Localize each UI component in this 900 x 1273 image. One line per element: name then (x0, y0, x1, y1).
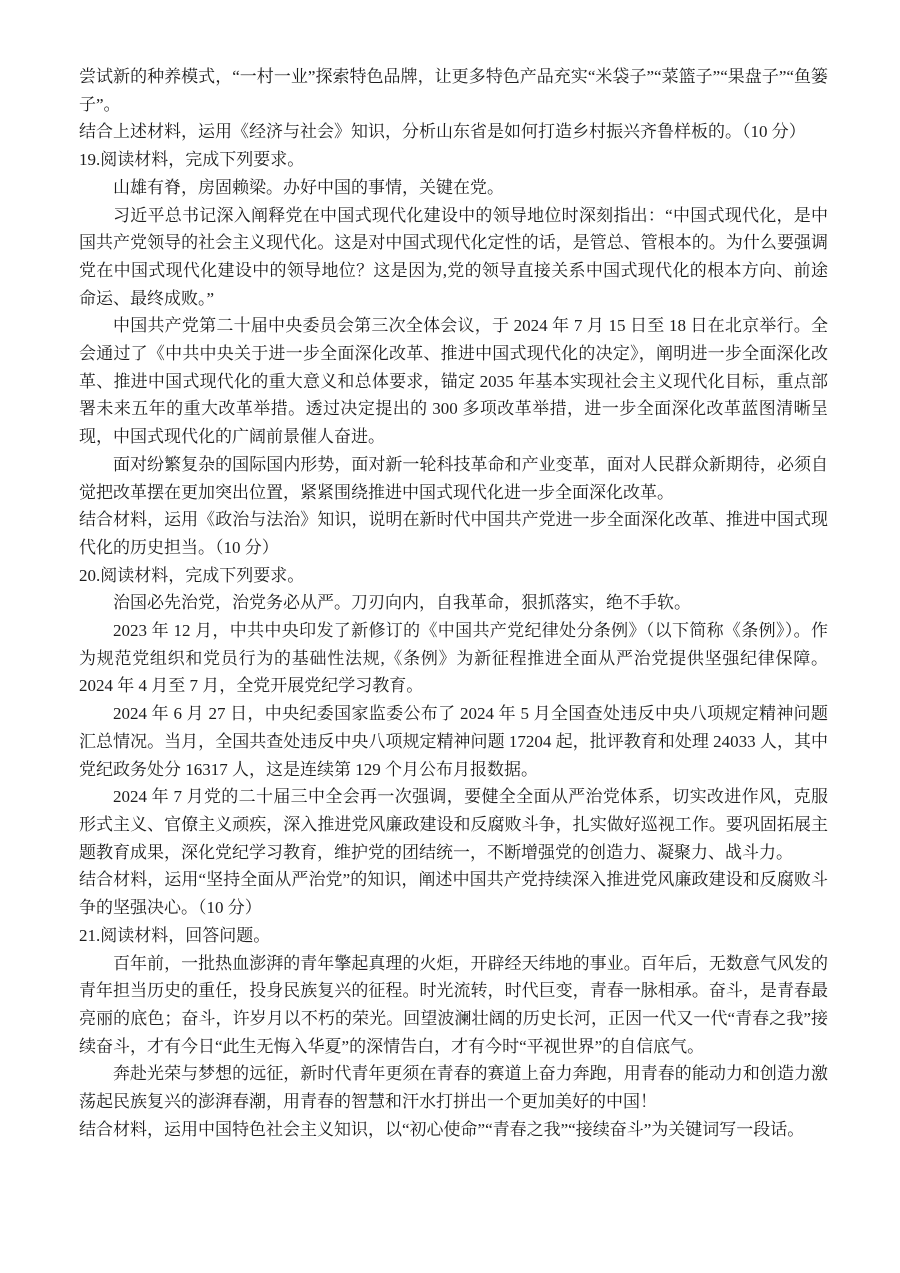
question-heading: 19.阅读材料，完成下列要求。 (79, 146, 828, 174)
question-heading: 21.阅读材料，回答问题。 (79, 922, 828, 950)
material-paragraph: 中国共产党第二十届中央委员会第三次全体会议，于 2024 年 7 月 15 日至… (79, 312, 828, 451)
material-paragraph: 2024 年 6 月 27 日，中央纪委国家监委公布了 2024 年 5 月全国… (79, 700, 828, 783)
material-paragraph: 治国必先治党，治党务必从严。刀刃向内，自我革命，狠抓落实，绝不手软。 (79, 589, 828, 617)
question-prompt: 结合材料，运用“坚持全面从严治党”的知识，阐述中国共产党持续深入推进党风廉政建设… (79, 866, 828, 921)
material-paragraph-continued: 尝试新的种养模式，“一村一业”探索特色品牌，让更多特色产品充实“米袋子”“菜篮子… (79, 63, 828, 118)
material-paragraph: 习近平总书记深入阐释党在中国式现代化建设中的领导地位时深刻指出：“中国式现代化，… (79, 202, 828, 313)
material-paragraph: 2023 年 12 月，中共中央印发了新修订的《中国共产党纪律处分条例》（以下简… (79, 617, 828, 700)
material-paragraph: 山雄有脊，房固赖梁。办好中国的事情，关键在党。 (79, 174, 828, 202)
question-prompt: 结合材料，运用《政治与法治》知识，说明在新时代中国共产党进一步全面深化改革、推进… (79, 506, 828, 561)
exam-page-text-column: 尝试新的种养模式，“一村一业”探索特色品牌，让更多特色产品充实“米袋子”“菜篮子… (79, 63, 828, 1143)
material-paragraph: 百年前，一批热血澎湃的青年擎起真理的火炬，开辟经天纬地的事业。百年后，无数意气风… (79, 950, 828, 1061)
exam-paper-page: 尝试新的种养模式，“一村一业”探索特色品牌，让更多特色产品充实“米袋子”“菜篮子… (0, 0, 900, 1273)
question-heading: 20.阅读材料，完成下列要求。 (79, 562, 828, 590)
material-paragraph: 面对纷繁复杂的国际国内形势，面对新一轮科技革命和产业变革，面对人民群众新期待，必… (79, 451, 828, 506)
material-paragraph: 2024 年 7 月党的二十届三中全会再一次强调，要健全全面从严治党体系，切实改… (79, 783, 828, 866)
question-prompt: 结合上述材料，运用《经济与社会》知识，分析山东省是如何打造乡村振兴齐鲁样板的。（… (79, 118, 828, 146)
question-prompt: 结合材料，运用中国特色社会主义知识，以“初心使命”“青春之我”“接续奋斗”为关键… (79, 1116, 828, 1144)
material-paragraph: 奔赴光荣与梦想的远征，新时代青年更须在青春的赛道上奋力奔跑，用青春的能动力和创造… (79, 1060, 828, 1115)
